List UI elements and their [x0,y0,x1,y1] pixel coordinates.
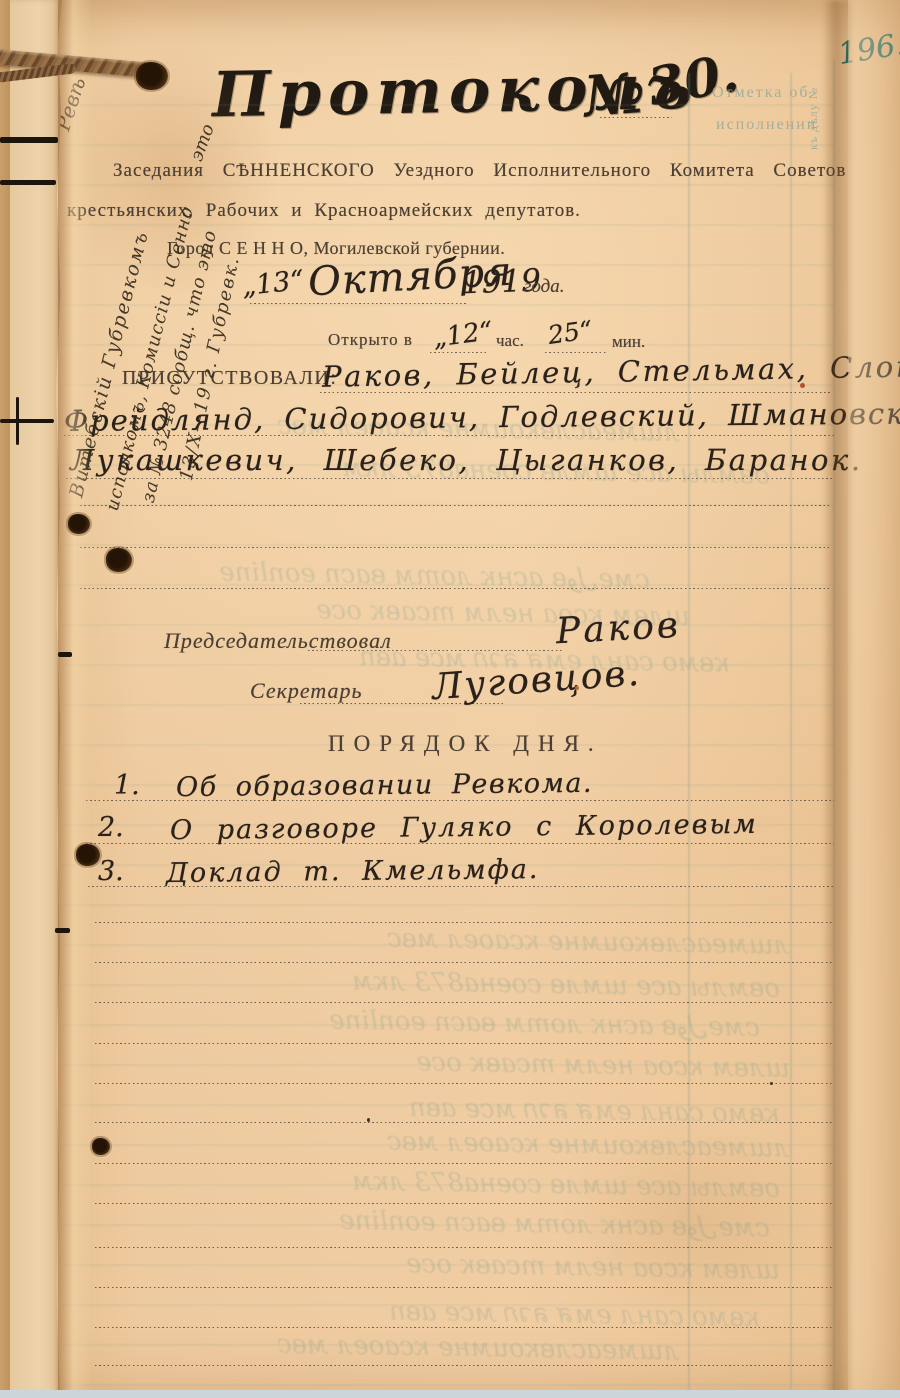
execution-stamp-line2: исполнении [716,116,817,134]
ruled-dotted-line [80,588,832,590]
ruled-dotted-line [95,1002,832,1004]
ruled-dotted-line [250,303,468,305]
ruled-dotted-line [95,1327,832,1329]
agenda-item-2-text: О разговоре Гуляко с Королевым [170,809,758,846]
chairman-name: Раков [555,605,682,652]
protocol-scan-page: лшмеаслвкоимне ксаоел мвсовмлы асе шмлв … [0,0,900,1398]
right-edge-shadow [822,0,852,1398]
bleed-table-line [790,73,792,1390]
secretary-label: Секретарь [250,678,363,704]
opened-hour: „12“ [431,316,494,353]
worm-hole [92,1138,110,1155]
ruled-dotted-line [95,1247,832,1249]
opened-prefix: Открыто в [328,330,413,350]
date-year-suffix: года. [524,276,565,298]
agenda-item-3-text: Доклад т. Кмельмфа. [166,854,540,889]
opened-minutes: 25“ [546,315,594,350]
attendees-line1: Раков, Бейлец, Стельмах, Слотин, [322,348,900,393]
bleed-ruled-line [62,1384,834,1386]
bleed-handwriting: овмлы асе шмлв соена873 лкм [120,962,780,1004]
ruled-dotted-line [95,1163,832,1165]
edge-ink-mark [55,928,70,933]
marginalia-fragment-6: это [186,121,219,164]
agenda-title: ПОРЯДОК ДНЯ. [328,731,603,757]
edge-ink-mark [58,652,72,657]
bleed-ruled-line [62,184,834,186]
edge-ink-mark [0,419,54,423]
chairman-label: Председательствовал [164,628,392,654]
binding-hole [106,548,132,572]
edge-ink-mark [0,137,58,143]
punch-hole [68,514,90,534]
ruled-dotted-line [95,922,832,924]
edge-ink-mark [16,397,19,445]
bleed-ruled-line [62,544,834,546]
opened-minutes-label: мин. [612,332,645,352]
bleed-handwriting: овмлы асе шмлв соена873 лкм [120,1162,780,1204]
ruled-dotted-line [80,547,832,549]
bleed-ruled-line [62,904,834,906]
binding-hole [136,62,168,90]
ruled-dotted-line [545,352,607,354]
date-day: „13“ [241,265,306,302]
underlying-page-edge [10,0,62,1398]
right-margin-paper [848,0,900,1398]
ruled-dotted-line [80,505,832,507]
ruled-dotted-line [95,1122,832,1124]
execution-stamp-line1: Отметка об [712,84,810,102]
agenda-item-2-num: 2. [98,812,124,843]
bleed-handwriting: смеولв аснк лотм васп еonline [170,1203,770,1243]
ruled-dotted-line [95,962,832,964]
bleed-ruled-line [62,144,834,146]
ruled-dotted-line [95,1083,832,1085]
agenda-item-1-num: 1. [114,770,140,801]
document-number-sign: № [582,60,647,130]
agenda-item-3-num: 3. [98,856,124,887]
agenda-item-1-text: Об образовании Ревкома. [176,768,593,803]
ruled-dotted-line [95,1043,832,1045]
heading-line2: крестьянских, Рабочих и Красноармейских … [67,200,581,222]
edge-ink-mark [0,180,56,185]
worm-hole [76,844,100,866]
bleed-handwriting: смеولв аснк лотм васп еonline [200,1003,760,1043]
scanner-edge-strip [0,1390,900,1398]
ruled-dotted-line [95,1365,832,1367]
bleed-ruled-line [62,104,834,106]
bleed-handwriting: шлвм ксоа нелм тсавк осе [140,1244,780,1285]
execution-stamp-side-note: къ дѣлу № [806,87,821,150]
heading-line1: Заседания СѢННЕНСКОГО Уездного Исполните… [113,160,846,182]
bleed-handwriting: лшмеаслвкоимне ксаоел мвс [150,919,790,960]
ruled-dotted-line [95,1287,832,1289]
opened-hour-label: час. [496,331,524,351]
ruled-dotted-line [95,1203,832,1205]
ruled-dotted-line [600,117,672,119]
page-fold-shadow [58,0,92,1398]
bleed-handwriting: шлвм ксоа нелм тсавк осе [130,1042,790,1084]
